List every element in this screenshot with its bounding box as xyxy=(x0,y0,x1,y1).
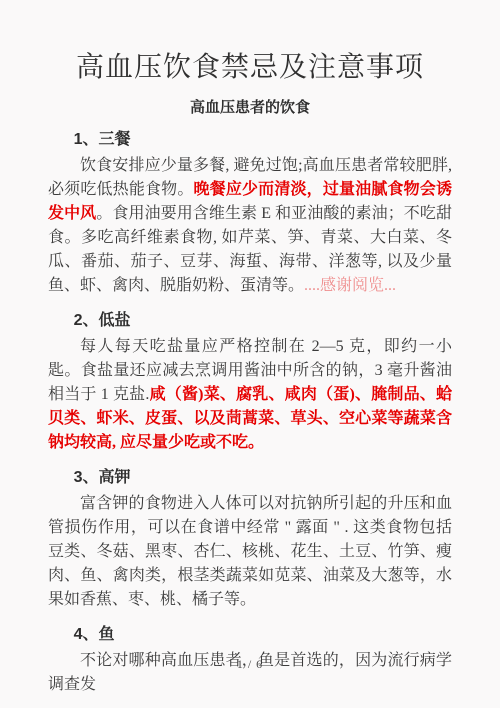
text-run-pink: ....感谢阅览... xyxy=(304,277,396,294)
paragraph: 饮食安排应少量多餐, 避免过饱;高血压患者常较肥胖, 必须吃低热能食物。晚餐应少… xyxy=(48,154,452,298)
section-heading: 2、低盐 xyxy=(48,307,452,330)
page-number: 1 / 6 xyxy=(0,657,500,672)
section-heading: 1、三餐 xyxy=(48,126,452,149)
document-page: 高血压饮食禁忌及注意事项 高血压患者的饮食 1、三餐饮食安排应少量多餐, 避免过… xyxy=(0,0,500,708)
text-run-normal: 富含钾的食物进入人体可以对抗钠所引起的升压和血管损伤作用，可以在食谱中经常 " … xyxy=(48,495,452,608)
document-title: 高血压饮食禁忌及注意事项 xyxy=(48,50,452,86)
document-subtitle: 高血压患者的饮食 xyxy=(48,96,452,117)
section-heading: 4、鱼 xyxy=(48,621,452,644)
paragraph: 每人每天吃盐量应严格控制在 2—5 克，即约一小匙。食盐量还应减去烹调用酱油中所… xyxy=(48,335,452,455)
section-heading: 3、高钾 xyxy=(48,464,452,487)
document-body: 1、三餐饮食安排应少量多餐, 避免过饱;高血压患者常较肥胖, 必须吃低热能食物。… xyxy=(48,126,452,697)
paragraph: 富含钾的食物进入人体可以对抗钠所引起的升压和血管损伤作用，可以在食谱中经常 " … xyxy=(48,492,452,612)
